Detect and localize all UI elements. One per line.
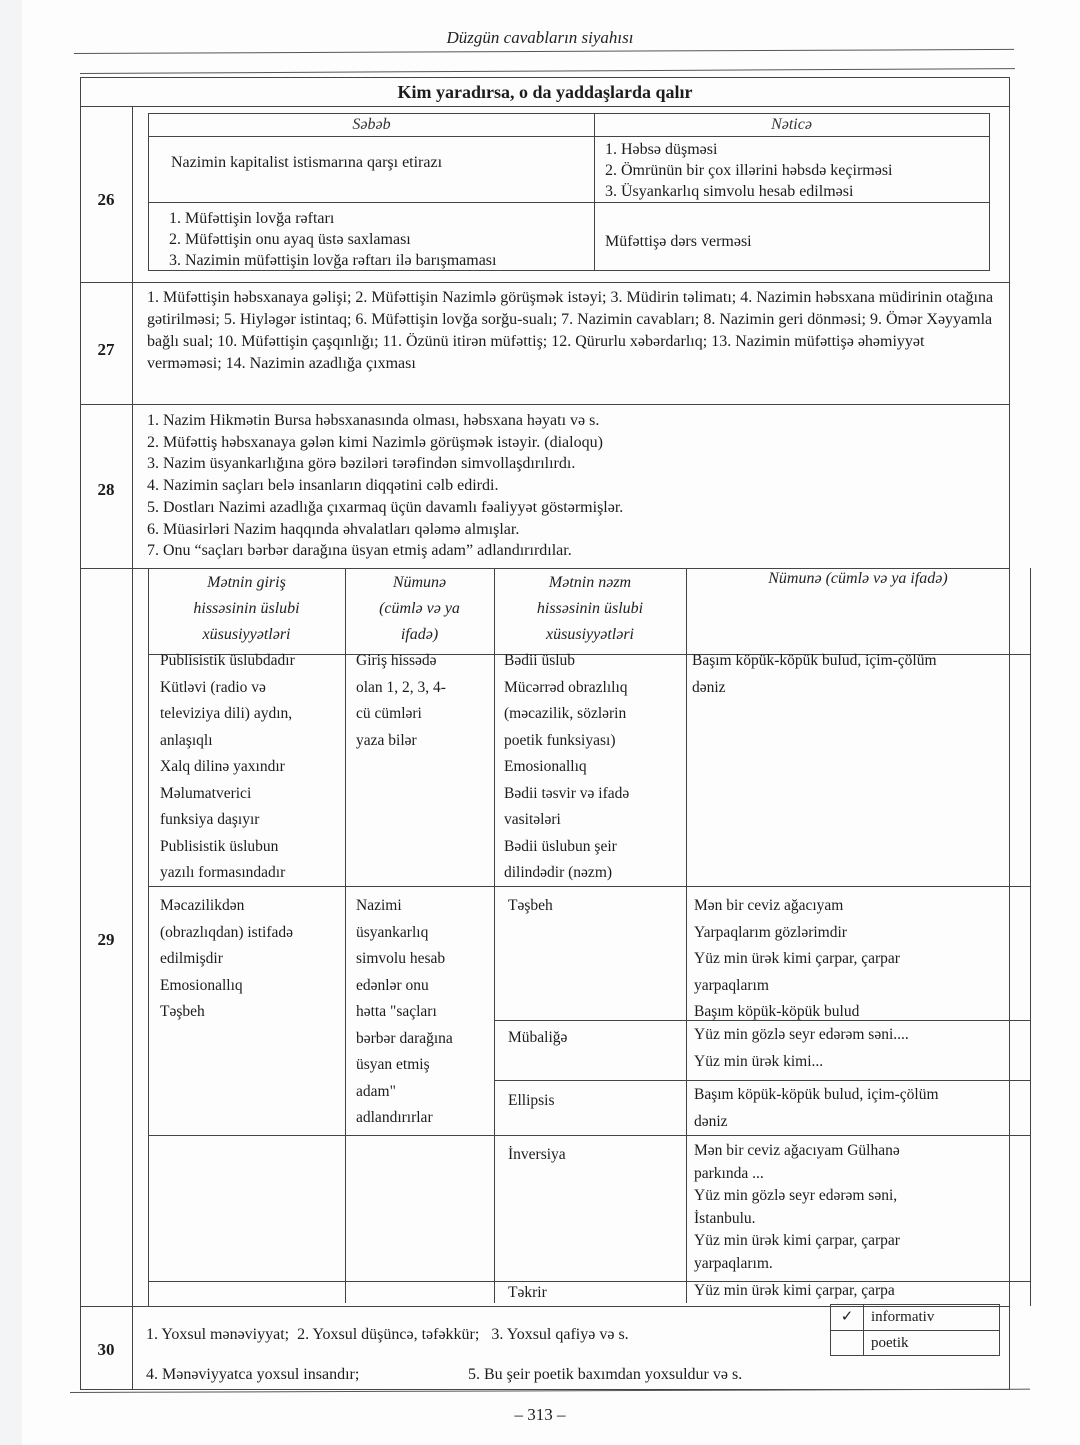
style-choice-box: ✓ informativ poetik [830, 1304, 1000, 1356]
intro-features-cell: Məcazilikdən(obrazlıqdan) istifadə edilm… [160, 893, 345, 1026]
question-number: 27 [80, 340, 132, 360]
device-example: Mən bir ceviz ağacıyam Gülhanəparkında .… [694, 1140, 1030, 1275]
question-number: 28 [80, 480, 132, 500]
divider [494, 568, 495, 1303]
cause-text: Nazimin kapitalist istismarına qarşı eti… [171, 152, 591, 173]
question-number: 30 [80, 1340, 132, 1360]
q30-answer-line-2b: 5. Bu şeir poetik baxımdan yoxsuldur və … [468, 1366, 742, 1384]
number-column-divider [132, 106, 133, 1390]
device-example: Mən bir ceviz ağacıyamYarpaqlarım gözlər… [694, 893, 1030, 1026]
option-informativ[interactable]: ✓ informativ [831, 1305, 999, 1331]
device-name: Mübaliğə [508, 1025, 567, 1052]
q27-answer-text: 1. Müfəttişin həbsxanaya gəlişi; 2. Müfə… [147, 287, 997, 375]
divider [148, 568, 149, 1306]
device-example: Yüz min ürək kimi çarpar, çarpa [694, 1278, 1030, 1305]
question-number: 26 [80, 190, 132, 210]
divider [686, 568, 687, 1303]
check-icon[interactable]: ✓ [831, 1305, 864, 1330]
cause-text: 2. Müfəttişin onu ayaq üstə saxlaması [169, 229, 589, 250]
divider [594, 114, 595, 270]
option-label: informativ [871, 1305, 934, 1330]
section-title: Kim yaradırsa, o da yaddaşlarda qalır [80, 78, 1010, 106]
cause-cell: 1. Müfəttişin lovğa rəftarı 2. Müfəttişi… [169, 208, 589, 271]
device-name: Təşbeh [508, 893, 553, 920]
intro-example-cell: Nazimiüsyankarlıq simvolu hesabedənlər o… [356, 893, 494, 1132]
list-item: 1. Nazim Hikmətin Bursa həbsxanasında ol… [147, 410, 997, 432]
cause-text: 3. Nazimin müfəttişin lovğa rəftarı ilə … [169, 250, 589, 271]
list-item: 6. Müasirləri Nazim haqqında əhvalatları… [147, 519, 997, 541]
divider [494, 1080, 1030, 1081]
cause-effect-table: Səbəb Nəticə Nazimin kapitalist istismar… [148, 113, 990, 271]
running-title: Düzgün cavabların siyahısı [0, 28, 1080, 48]
option-label: poetik [871, 1331, 909, 1356]
result-cell: 1. Həbsə düşməsi 2. Ömrünün bir çox illə… [605, 139, 989, 202]
result-text: 2. Ömrünün bir çox illərini həbsdə keçir… [605, 160, 989, 181]
device-name: Təkrir [508, 1280, 547, 1307]
column-header: Nümunə (cümlə və ya ifadə) [686, 566, 1030, 592]
divider [149, 136, 989, 137]
q30-answer-line-1: 1. Yoxsul mənəviyyat; 2. Yoxsul düşüncə,… [146, 1326, 629, 1344]
divider [80, 106, 1010, 107]
verse-features-cell: Bədii üslubMücərrəd obrazlılıq (məcazili… [504, 648, 686, 887]
question-number: 29 [80, 930, 132, 950]
q28-answer-list: 1. Nazim Hikmətin Bursa həbsxanasında ol… [147, 410, 997, 562]
intro-features-cell: Publisistik üslubdadırKütləvi (radio və … [160, 648, 345, 887]
q30-answer-line-2a: 4. Mənəviyyatca yoxsul insandır; [146, 1366, 359, 1384]
result-text: 1. Həbsə düşməsi [605, 139, 989, 160]
list-item: 4. Nazimin saçları belə insanların diqqə… [147, 475, 997, 497]
list-item: 3. Nazim üsyankarlığına görə bəziləri tə… [147, 453, 997, 475]
column-header: Nümunə(cümlə və yaifadə) [345, 570, 494, 648]
divider [345, 568, 346, 1303]
option-poetik[interactable]: poetik [831, 1331, 999, 1356]
column-header: Mətnin nəzmhissəsinin üslubixüsusiyyətlə… [494, 570, 686, 648]
device-example: Yüz min gözlə seyr edərəm səni....Yüz mi… [694, 1022, 1030, 1075]
result-cell: Müfəttişə dərs verməsi [605, 231, 989, 252]
cause-cell: Nazimin kapitalist istismarına qarşı eti… [171, 152, 591, 173]
divider [1030, 568, 1031, 1306]
column-header: Səbəb [149, 114, 594, 136]
device-example: Başım köpük-köpük bulud, içim-çölümdəniz [694, 1082, 1030, 1135]
cause-text: 1. Müfəttişin lovğa rəftarı [169, 208, 589, 229]
divider [148, 1135, 1030, 1136]
device-name: Ellipsis [508, 1088, 555, 1115]
result-text: Müfəttişə dərs verməsi [605, 231, 989, 252]
divider [149, 202, 989, 203]
verse-example-cell: Başım köpük-köpük bulud, içim-çölümdəniz [692, 648, 1028, 701]
list-item: 7. Onu “saçları bərbər darağına üsyan et… [147, 540, 997, 562]
divider [80, 282, 1010, 283]
list-item: 5. Dostları Nazimi azadlığa çıxarmaq üçü… [147, 497, 997, 519]
page-number: – 313 – [0, 1405, 1080, 1425]
device-name: İnversiya [508, 1142, 566, 1169]
divider [80, 404, 1010, 405]
intro-example-cell: Giriş hissədəolan 1, 2, 3, 4- cü cümləri… [356, 648, 494, 754]
checkbox-empty[interactable] [831, 1331, 864, 1356]
column-header: Mətnin girişhissəsinin üslubixüsusiyyətl… [148, 570, 345, 648]
result-text: 3. Üsyankarlıq simvolu hesab edilməsi [605, 181, 989, 202]
list-item: 2. Müfəttiş həbsxanaya gələn kimi Naziml… [147, 432, 997, 454]
column-header: Nəticə [594, 114, 989, 136]
